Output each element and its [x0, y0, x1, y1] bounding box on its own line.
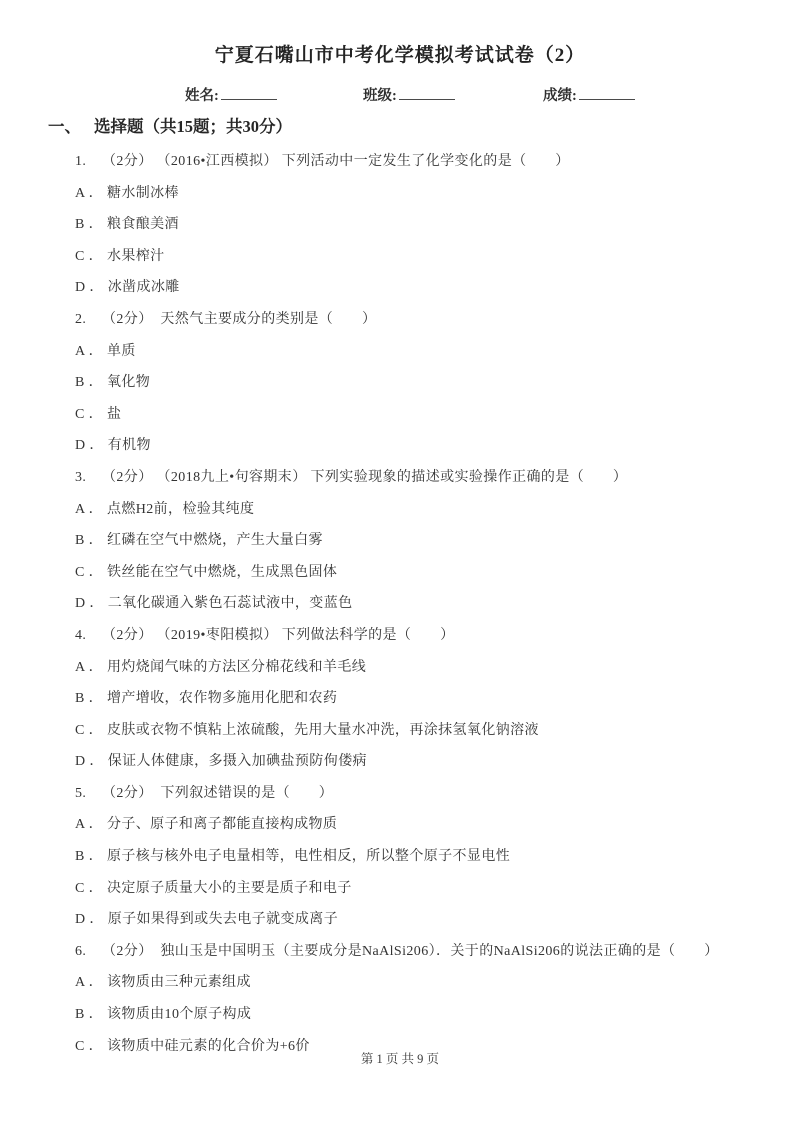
question-3-option-a: A ． 点燃H2前，检验其纯度: [75, 494, 775, 526]
question-4-option-b: B ． 增产增收，农作物多施用化肥和农药: [75, 683, 775, 715]
question-2-text: （2分） 天然气主要成分的类别是（ ）: [102, 312, 376, 327]
question-2-option-c: C ． 盐: [75, 399, 775, 431]
question-4-number: 4.: [75, 620, 102, 652]
class-blank-line: [399, 86, 455, 100]
class-field: 班级:: [363, 84, 455, 105]
section-title: 选择题（共15题；共30分）: [94, 117, 292, 136]
question-1-number: 1.: [75, 146, 102, 178]
name-label: 姓名:: [185, 88, 219, 104]
exam-document-page: 宁夏石嘴山市中考化学模拟考试试卷（2） 姓名: 班级: 成绩: 一、选择题（共1…: [0, 0, 800, 1132]
section-index: 一、: [48, 113, 81, 137]
question-4-text: （2分） （2019•枣阳模拟） 下列做法科学的是（ ）: [102, 628, 455, 643]
question-3-option-c: C ． 铁丝能在空气中燃烧，生成黑色固体: [75, 557, 775, 589]
question-2-stem: 2.（2分） 天然气主要成分的类别是（ ）: [75, 304, 775, 336]
question-6-option-a: A ． 该物质由三种元素组成: [75, 967, 775, 999]
question-5-option-b: B ． 原子核与核外电子电量相等，电性相反，所以整个原子不显电性: [75, 841, 775, 873]
name-field: 姓名:: [185, 84, 277, 105]
question-1-stem: 1.（2分） （2016•江西模拟） 下列活动中一定发生了化学变化的是（ ）: [75, 146, 775, 178]
class-label: 班级:: [363, 88, 397, 104]
score-field: 成绩:: [543, 84, 635, 105]
question-3-option-d: D ． 二氧化碳通入紫色石蕊试液中，变蓝色: [75, 588, 775, 620]
question-2-number: 2.: [75, 304, 102, 336]
page-title: 宁夏石嘴山市中考化学模拟考试试卷（2）: [0, 40, 800, 67]
question-6-text: （2分） 独山玉是中国明玉（主要成分是NaAlSi206）．关于的NaAlSi2…: [102, 944, 719, 959]
question-5-option-a: A ． 分子、原子和离子都能直接构成物质: [75, 809, 775, 841]
question-3-text: （2分） （2018九上•句容期末） 下列实验现象的描述或实验操作正确的是（ ）: [102, 470, 627, 485]
section-heading-choice-questions: 一、选择题（共15题；共30分）: [48, 113, 292, 137]
question-5-stem: 5.（2分） 下列叙述错误的是（ ）: [75, 778, 775, 810]
question-6-stem: 6.（2分） 独山玉是中国明玉（主要成分是NaAlSi206）．关于的NaAlS…: [75, 936, 775, 968]
score-blank-line: [579, 86, 635, 100]
question-1-option-a: A ． 糖水制冰棒: [75, 178, 775, 210]
question-4-option-a: A ． 用灼烧闻气味的方法区分棉花线和羊毛线: [75, 652, 775, 684]
question-1-option-c: C ． 水果榨汁: [75, 241, 775, 273]
question-3-option-b: B ． 红磷在空气中燃烧，产生大量白雾: [75, 525, 775, 557]
question-4-option-c: C ． 皮肤或衣物不慎粘上浓硫酸，先用大量水冲洗，再涂抹氢氧化钠溶液: [75, 715, 775, 747]
name-blank-line: [221, 86, 277, 100]
question-1-option-d: D ． 冰凿成冰雕: [75, 272, 775, 304]
question-1-option-b: B ． 粮食酿美酒: [75, 209, 775, 241]
question-2-option-a: A ． 单质: [75, 336, 775, 368]
student-info-row: 姓名: 班级: 成绩:: [0, 84, 800, 106]
question-3-stem: 3.（2分） （2018九上•句容期末） 下列实验现象的描述或实验操作正确的是（…: [75, 462, 775, 494]
question-5-text: （2分） 下列叙述错误的是（ ）: [102, 786, 333, 801]
question-1-text: （2分） （2016•江西模拟） 下列活动中一定发生了化学变化的是（ ）: [102, 154, 570, 169]
score-label: 成绩:: [543, 88, 577, 104]
question-2-option-b: B ． 氧化物: [75, 367, 775, 399]
question-3-number: 3.: [75, 462, 102, 494]
question-5-option-d: D ． 原子如果得到或失去电子就变成离子: [75, 904, 775, 936]
question-5-number: 5.: [75, 778, 102, 810]
question-5-option-c: C ． 决定原子质量大小的主要是质子和电子: [75, 873, 775, 905]
questions-area: 1.（2分） （2016•江西模拟） 下列活动中一定发生了化学变化的是（ ） A…: [75, 146, 775, 1062]
question-4-stem: 4.（2分） （2019•枣阳模拟） 下列做法科学的是（ ）: [75, 620, 775, 652]
page-footer: 第 1 页 共 9 页: [0, 1049, 800, 1067]
question-6-number: 6.: [75, 936, 102, 968]
question-4-option-d: D ． 保证人体健康，多摄入加碘盐预防佝偻病: [75, 746, 775, 778]
question-6-option-b: B ． 该物质由10个原子构成: [75, 999, 775, 1031]
question-2-option-d: D ． 有机物: [75, 430, 775, 462]
